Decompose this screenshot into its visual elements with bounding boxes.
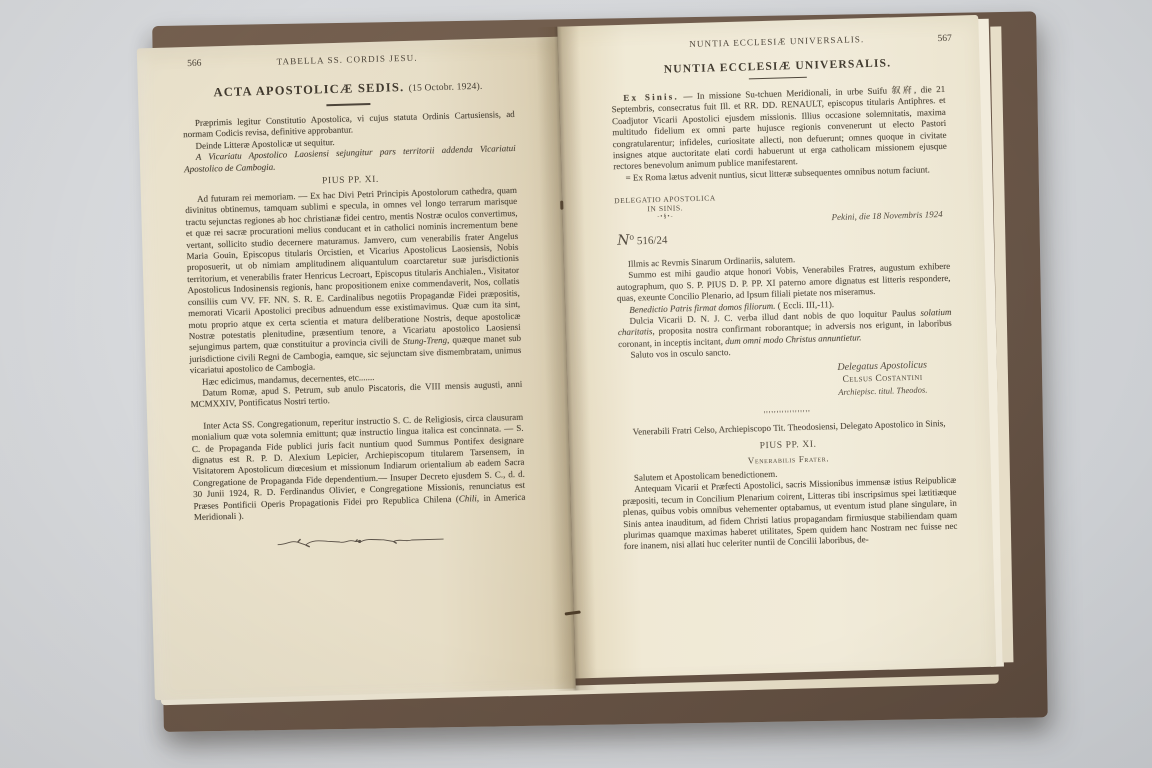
paragraph-italic: dum omni modo Christus annuntietur. bbox=[725, 332, 861, 346]
open-book: 566 TABELLA SS. CORDIS JESU. ACTA APOSTO… bbox=[136, 14, 1039, 732]
acta-title-date: (15 Octobr. 1924). bbox=[409, 82, 483, 94]
ex-sinis-lead: Ex Sinis. bbox=[623, 91, 679, 103]
protocol-n: N bbox=[617, 233, 630, 249]
title-rule bbox=[326, 103, 370, 106]
left-page: 566 TABELLA SS. CORDIS JESU. ACTA APOSTO… bbox=[137, 37, 576, 701]
signature-block: Delegatus Apostolicus Celsus Costantini … bbox=[837, 359, 928, 397]
photo-of-open-book: { "colors": { "background": "#d3d5d8", "… bbox=[0, 0, 1152, 768]
paragraph-inter-acta: Inter Acta SS. Congregationum, reperitur… bbox=[191, 412, 526, 524]
title-rule bbox=[749, 77, 807, 80]
left-page-number: 566 bbox=[187, 59, 202, 69]
flourish-ornament bbox=[275, 532, 445, 551]
protocol-value: 516/24 bbox=[637, 235, 668, 248]
paragraph-motu-proprio: Ad futuram rei memoriam. — Ex hac Divi P… bbox=[185, 185, 522, 377]
binding-stitch bbox=[560, 201, 563, 210]
right-page: NUNTIA ECCLESIÆ UNIVERSALIS. 567 NUNTIA … bbox=[557, 15, 996, 679]
protocol-sup: o bbox=[629, 232, 634, 242]
paragraph-italic-placename: Chili bbox=[459, 493, 477, 503]
scripture-ref: ( Eccli. III,-11). bbox=[775, 299, 834, 311]
acta-title: ACTA APOSTOLICÆ SEDIS. (15 Octobr. 1924)… bbox=[182, 77, 514, 101]
paragraph-antequam: Antequam Vicarii et Præfecti Apostolici,… bbox=[622, 475, 958, 553]
right-running-header: NUNTIA ECCLESIÆ UNIVERSALIS. 567 bbox=[610, 32, 944, 53]
protocol-number: No 516/24 bbox=[617, 223, 949, 249]
acta-title-text: ACTA APOSTOLICÆ SEDIS. bbox=[213, 80, 404, 99]
signature-title: Archiepisc. titul. Theodos. bbox=[838, 383, 928, 397]
paragraph-text: Ad futuram rei memoriam. — Ex hac Divi P… bbox=[185, 185, 521, 352]
paragraph-italic-placename: Stung-Treng bbox=[403, 335, 447, 346]
nuntia-title: NUNTIA ECCLESIÆ UNIVERSALIS. bbox=[610, 56, 944, 77]
left-running-header: 566 TABELLA SS. CORDIS JESU. bbox=[181, 50, 513, 71]
delegatio-ornament: -•§•- bbox=[615, 212, 717, 224]
left-running-title: TABELLA SS. CORDIS JESU. bbox=[181, 50, 513, 69]
delegatio-block: DELEGATIO APOSTOLICA IN SINIS. -•§•- bbox=[614, 194, 716, 224]
page-spread: 566 TABELLA SS. CORDIS JESU. ACTA APOSTO… bbox=[136, 15, 996, 700]
paragraph-ex-sinis: Ex Sinis. — In missione Su-tchuen Meridi… bbox=[611, 84, 947, 173]
right-running-title: NUNTIA ECCLESIÆ UNIVERSALIS. bbox=[610, 32, 944, 51]
right-page-number: 567 bbox=[937, 34, 952, 44]
